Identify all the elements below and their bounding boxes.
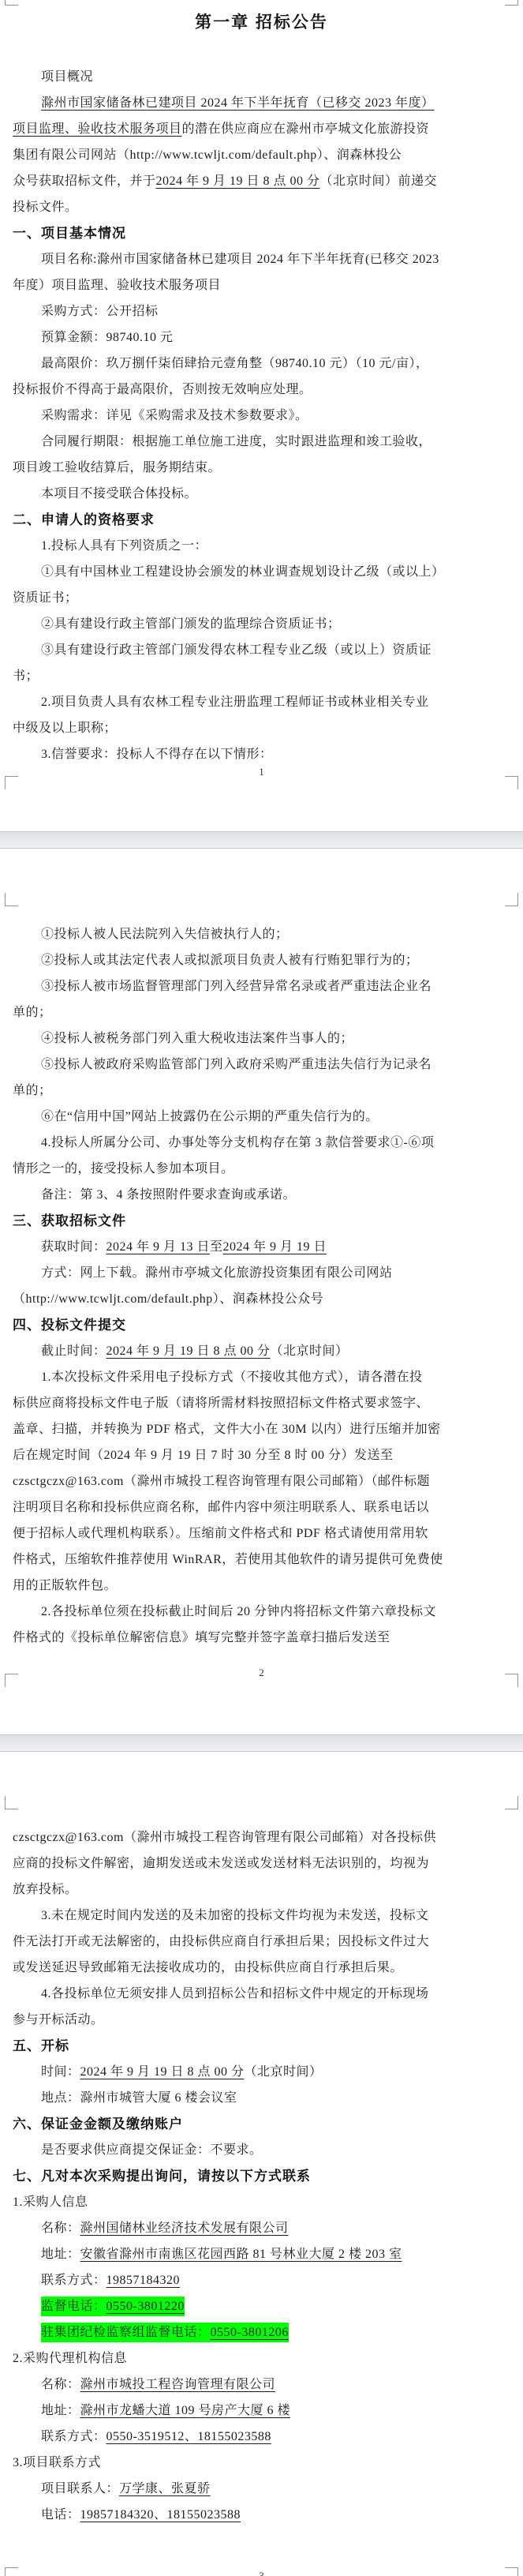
text-line: 1.本次投标文件采用电子投标方式（不接收其他方式），请各潜在投 [13, 1364, 510, 1390]
text-segment: ③具有建设行政主管部门颁发得农林工程专业乙级（或以上）资质证 [41, 643, 431, 657]
text-line: 众号获取招标文件，并于2024 年 9 月 19 日 8 点 00 分（北京时间… [13, 168, 510, 194]
text-line: 年度）项目监理、验收技术服务项目 [13, 272, 510, 298]
text-segment: 4.投标人所属分公司、办事处等分支机构存在第 3 款信誉要求①-⑥项 [41, 1136, 434, 1149]
text-segment: 单的； [13, 1006, 52, 1019]
text-segment: 2.采购代理机构信息 [13, 2352, 127, 2365]
text-segment: 至 [210, 1240, 223, 1254]
text-line: （http://www.tcwljt.com/default.php）、润森林投… [13, 1286, 510, 1312]
text-segment: 地址： [41, 2404, 80, 2417]
text-segment: 集团有限公司网站（http://www.tcwljt.com/default.p… [13, 148, 402, 162]
text-segment: ①投标人被人民法院列入失信被执行人的； [41, 928, 289, 941]
text-segment: czsctgczx@163.com（滁州市城投工程咨询管理有限公司邮箱）对各投标… [13, 1831, 436, 1844]
text-segment: 项目名称:滁州市国家储备林已建项目 2024 年下半年抚育(已移交 2023 [41, 253, 439, 266]
document-viewer: 第一章 招标公告项目概况滁州市国家储备林已建项目 2024 年下半年抚育（已移交… [0, 0, 523, 2576]
underlined-text: 滁州市国家储备林已建项目 2024 年下半年抚育（已移交 2023 年度） [41, 96, 435, 110]
text-segment: 采购需求：详见《采购需求及技术参数要求》。 [41, 409, 308, 422]
text-segment: 获取时间： [41, 1240, 106, 1254]
page: ①投标人被人民法院列入失信被执行人的；②投标人或其法定代表人或拟派项目负责人被有… [0, 849, 523, 1734]
text-segment: ②投标人或其法定代表人或拟派项目负责人被有行贿犯罪行为的； [41, 954, 419, 967]
text-line: 项目监理、验收技术服务项目的潜在供应商应在滁州市亭城文化旅游投资 [13, 116, 510, 142]
text-line: 单的； [13, 1078, 510, 1104]
text-segment: 3.信誉要求：投标人不得存在以下情形： [41, 748, 273, 761]
text-line: 件格式的《投标单位解密信息》填写完整并签字盖章扫描后发送至 [13, 1625, 510, 1651]
text-line: 件格式，压缩软件推荐使用 WinRAR，若使用其他软件的请另提供可免费使 [13, 1547, 510, 1573]
text-line: 集团有限公司网站（http://www.tcwljt.com/default.p… [13, 142, 510, 168]
text-line: 参与开标活动。 [13, 2007, 510, 2033]
text-segment: 1.本次投标文件采用电子投标方式（不接收其他方式），请各潜在投 [41, 1370, 423, 1384]
text-line: 3.未在规定时间内发送的及未加密的投标文件均视为未发送，投标文 [13, 1903, 510, 1929]
underlined-text: 滁州市龙蟠大道 109 号房产大厦 6 楼 [80, 2404, 291, 2417]
text-line: 地址：滁州市龙蟠大道 109 号房产大厦 6 楼 [13, 2398, 510, 2424]
page-content: ①投标人被人民法院列入失信被执行人的；②投标人或其法定代表人或拟派项目负责人被有… [13, 921, 510, 1651]
text-line: 截止时间：2024 年 9 月 19 日 8 点 00 分（北京时间） [13, 1338, 510, 1364]
text-segment: （北京时间） [271, 1344, 349, 1358]
text-segment: （http://www.tcwljt.com/default.php）、润森林投… [13, 1292, 323, 1306]
text-line: 合同履行期限：根据施工单位施工进度，实时跟进监理和竣工验收， [13, 429, 510, 455]
text-line: 滁州市国家储备林已建项目 2024 年下半年抚育（已移交 2023 年度） [13, 90, 510, 116]
text-line: 2.各投标单位须在投标截止时间后 20 分钟内将招标文件第六章投标文 [13, 1599, 510, 1625]
text-segment: czsctgczx@163.com（滁州市城投工程咨询管理有限公司邮箱）（邮件标… [13, 1475, 430, 1488]
text-segment: 标供应商将投标文件电子版（请将所需材料按照招标文件格式要求签字、 [13, 1397, 429, 1410]
text-line: ②投标人或其法定代表人或拟派项目负责人被有行贿犯罪行为的； [13, 947, 510, 973]
highlighted-text: 驻集团纪检监察组监督电话： [41, 2323, 211, 2342]
text-segment: 是否要求供应商提交保证金：不要求。 [41, 2143, 263, 2157]
text-line: 3.信誉要求：投标人不得存在以下情形： [13, 741, 510, 767]
text-line: 项目名称:滁州市国家储备林已建项目 2024 年下半年抚育(已移交 2023 [13, 246, 510, 272]
text-segment: 四、投标文件提交 [13, 1318, 126, 1333]
text-segment: 盖章、扫描，并转换为 PDF 格式，文件大小在 30M 以内）进行压缩并加密 [13, 1423, 441, 1436]
text-segment: 采购方式：公开招标 [41, 305, 159, 318]
section-heading: 六、保证金金额及缴纳账户 [13, 2111, 510, 2137]
text-line: 最高限价：玖万捌仟柒佰肆拾元壹角整（98740.10 元）（10 元/亩）， [13, 351, 510, 377]
text-line: 应商的投标文件解密，逾期发送或未发送或发送材料无法识别的，均视为 [13, 1850, 510, 1877]
margin-corner-mark [505, 0, 518, 6]
text-segment: 最高限价：玖万捌仟柒佰肆拾元壹角整（98740.10 元）（10 元/亩）， [41, 357, 428, 370]
text-segment: 二、申请人的资格要求 [13, 512, 155, 527]
text-line: ③投标人被市场监督管理部门列入经营异常名录或者严重违法企业名 [13, 973, 510, 999]
text-line: 中级及以上职称； [13, 715, 510, 741]
text-line: 3.项目联系方式 [13, 2450, 510, 2476]
text-segment: 五、开标 [13, 2038, 69, 2053]
text-segment: 3.未在规定时间内发送的及未加密的投标文件均视为未发送，投标文 [41, 1909, 429, 1922]
underlined-text: 项目监理、验收技术服务项目 [13, 122, 182, 136]
page-content: czsctgczx@163.com（滁州市城投工程咨询管理有限公司邮箱）对各投标… [13, 1824, 510, 2528]
text-segment: 参与开标活动。 [13, 2013, 104, 2027]
text-line: ④投标人被税务部门列入重大税收违法案件当事人的； [13, 1026, 510, 1052]
text-line: ②具有建设行政主管部门颁发的监理综合资质证书； [13, 611, 510, 637]
text-line: 1.采购人信息 [13, 2189, 510, 2215]
text-segment: 情形之一的，接受投标人参加本项目。 [13, 1162, 234, 1176]
underlined-text: 0550-3801220 [106, 2297, 185, 2316]
text-line: 获取时间：2024 年 9 月 13 日至2024 年 9 月 19 日 [13, 1234, 510, 1260]
page-number: 3 [0, 2570, 523, 2576]
text-line: 资质证书； [13, 585, 510, 611]
text-segment: 应商的投标文件解密，逾期发送或未发送或发送材料无法识别的，均视为 [13, 1857, 429, 1870]
text-line: 采购方式：公开招标 [13, 298, 510, 324]
underlined-text: 0550-3519512、18155023588 [106, 2430, 271, 2443]
text-segment: 1.采购人信息 [13, 2195, 88, 2209]
text-line: 盖章、扫描，并转换为 PDF 格式，文件大小在 30M 以内）进行压缩并加密 [13, 1416, 510, 1442]
section-heading: 五、开标 [13, 2033, 510, 2059]
text-segment: 项目联系人： [41, 2482, 119, 2495]
text-segment: 七、凡对本次采购提出询问，请按以下方式联系 [13, 2169, 311, 2184]
underlined-text: 滁州市城投工程咨询管理有限公司 [80, 2378, 276, 2391]
text-line: 注明项目名称和投标供应商名称，邮件内容中须注明联系人、联系电话以 [13, 1494, 510, 1520]
text-line: 名称：滁州市城投工程咨询管理有限公司 [13, 2372, 510, 2398]
section-heading: 四、投标文件提交 [13, 1312, 510, 1338]
text-segment: 4.各投标单位无须安排人员到招标公告和招标文件中规定的开标现场 [41, 1987, 429, 2000]
text-line: 采购需求：详见《采购需求及技术参数要求》。 [13, 403, 510, 429]
text-segment: 1.投标人具有下列资质之一： [41, 539, 207, 553]
text-segment: 的潜在供应商应在滁州市亭城文化旅游投资 [182, 122, 430, 136]
text-line: 4.投标人所属分公司、办事处等分支机构存在第 3 款信誉要求①-⑥项 [13, 1130, 510, 1156]
text-line: 名称：滁州国储林业经济技术发展有限公司 [13, 2215, 510, 2241]
text-line: 4.各投标单位无须安排人员到招标公告和招标文件中规定的开标现场 [13, 1981, 510, 2007]
text-segment: 单的； [13, 1084, 52, 1097]
text-segment: 联系方式： [41, 2274, 106, 2287]
section-heading: 三、获取招标文件 [13, 1208, 510, 1234]
text-segment: 放弃投标。 [13, 1883, 78, 1896]
text-segment: ③投标人被市场监督管理部门列入经营异常名录或者严重违法企业名 [41, 980, 431, 993]
text-line: 本项目不接受联合体投标。 [13, 481, 510, 507]
text-segment: 或发送延迟导致邮箱无法接收成功的，由投标供应商自行承担后果。 [13, 1961, 403, 1974]
text-line: ①具有中国林业工程建设协会颁发的林业调查规划设计乙级（或以上） [13, 559, 510, 585]
text-line: ③具有建设行政主管部门颁发得农林工程专业乙级（或以上）资质证 [13, 637, 510, 663]
text-segment: ⑤投标人被政府采购监管部门列入政府采购严重违法失信行为记录名 [41, 1058, 431, 1071]
margin-corner-mark [5, 893, 18, 906]
text-line: 时间：2024 年 9 月 19 日 8 点 00 分（北京时间） [13, 2059, 510, 2085]
text-segment: 名称： [41, 2378, 80, 2391]
underlined-text: 19857184320 [106, 2274, 181, 2287]
margin-corner-mark [5, 1796, 18, 1809]
text-line: 后在规定时间（2024 年 9 月 19 日 7 时 30 分至 8 时 00 … [13, 1442, 510, 1468]
text-segment: 资质证书； [13, 591, 78, 605]
text-line: 监督电话：0550-3801220 [13, 2293, 510, 2319]
text-line: 投标文件。 [13, 194, 510, 220]
text-line: czsctgczx@163.com（滁州市城投工程咨询管理有限公司邮箱）（邮件标… [13, 1468, 510, 1494]
chapter-title: 第一章 招标公告 [0, 9, 523, 33]
text-line: 书； [13, 663, 510, 689]
text-segment: 时间： [41, 2065, 80, 2079]
text-line: 电话：19857184320、18155023588 [13, 2502, 510, 2528]
text-line: 联系方式：0550-3519512、18155023588 [13, 2424, 510, 2450]
highlighted-text: 监督电话： [41, 2297, 106, 2316]
text-segment: 2.项目负责人具有农林工程专业注册监理工程师证书或林业相关专业 [41, 696, 429, 709]
margin-corner-mark [5, 0, 18, 6]
text-segment: 备注：第 3、4 条按照附件要求查询或承诺。 [41, 1188, 296, 1202]
text-segment: 联系方式： [41, 2430, 106, 2443]
text-segment: ④投标人被税务部门列入重大税收违法案件当事人的； [41, 1032, 353, 1045]
text-line: 情形之一的，接受投标人参加本项目。 [13, 1156, 510, 1182]
text-line: 方式：网上下载。滁州市亭城文化旅游投资集团有限公司网站 [13, 1260, 510, 1286]
text-line: 2.项目负责人具有农林工程专业注册监理工程师证书或林业相关专业 [13, 689, 510, 715]
underlined-text: 滁州国储林业经济技术发展有限公司 [80, 2222, 289, 2235]
page-separator [0, 831, 523, 849]
text-segment: 截止时间： [41, 1344, 106, 1358]
text-segment: 件格式的《投标单位解密信息》填写完整并签字盖章扫描后发送至 [13, 1631, 390, 1644]
text-segment: 后在规定时间（2024 年 9 月 19 日 7 时 30 分至 8 时 00 … [13, 1449, 394, 1462]
text-segment: ②具有建设行政主管部门颁发的监理综合资质证书； [41, 617, 341, 631]
underlined-text: 19857184320、18155023588 [80, 2508, 241, 2522]
page-number: 2 [0, 1667, 523, 1679]
text-segment: 合同履行期限：根据施工单位施工进度，实时跟进监理和竣工验收， [41, 435, 431, 448]
text-segment: 电话： [41, 2508, 80, 2522]
text-line: 预算金额：98740.10 元 [13, 324, 510, 351]
text-segment: 三、获取招标文件 [13, 1213, 126, 1228]
text-segment: （北京时间） [245, 2065, 323, 2079]
text-line: ⑤投标人被政府采购监管部门列入政府采购严重违法失信行为记录名 [13, 1052, 510, 1078]
underlined-text: 2024 年 9 月 19 日 8 点 00 分 [80, 2065, 245, 2079]
text-line: ⑥在“信用中国”网站上披露仍在公示期的严重失信行为的。 [13, 1104, 510, 1130]
text-segment: 3.项目联系方式 [13, 2456, 101, 2469]
page-number: 1 [0, 766, 523, 778]
underlined-text: 0550-3801206 [211, 2323, 289, 2342]
page-content: 项目概况滁州市国家储备林已建项目 2024 年下半年抚育（已移交 2023 年度… [13, 64, 510, 767]
text-line: 是否要求供应商提交保证金：不要求。 [13, 2137, 510, 2163]
text-line: 项目概况 [13, 64, 510, 90]
text-line: 投标报价不得高于最高限价，否则按无效响应处理。 [13, 377, 510, 403]
text-line: 标供应商将投标文件电子版（请将所需材料按照招标文件格式要求签字、 [13, 1390, 510, 1416]
text-line: 地址：安徽省滁州市南谯区花园西路 81 号林业大厦 2 楼 203 室 [13, 2241, 510, 2267]
text-segment: 件格式，压缩软件推荐使用 WinRAR，若使用其他软件的请另提供可免费使 [13, 1553, 443, 1566]
text-segment: ①具有中国林业工程建设协会颁发的林业调查规划设计乙级（或以上） [41, 565, 445, 579]
text-line: 用的正版软件包。 [13, 1573, 510, 1599]
text-line: 地点：滁州市城管大厦 6 楼会议室 [13, 2085, 510, 2111]
text-segment: 本项目不接受联合体投标。 [41, 487, 197, 501]
text-segment: 众号获取招标文件，并于 [13, 174, 156, 188]
text-line: 联系方式：19857184320 [13, 2267, 510, 2293]
text-segment: 2.各投标单位须在投标截止时间后 20 分钟内将招标文件第六章投标文 [41, 1605, 436, 1618]
text-segment: 年度）项目监理、验收技术服务项目 [13, 279, 221, 292]
text-line: 或发送延迟导致邮箱无法接收成功的，由投标供应商自行承担后果。 [13, 1955, 510, 1981]
text-segment: 一、项目基本情况 [13, 226, 126, 241]
text-segment: 六、保证金金额及缴纳账户 [13, 2117, 183, 2132]
text-segment: 件无法打开或无法解密的，由投标供应商自行承担后果；因投标文件过大 [13, 1935, 429, 1948]
text-line: 项目竣工验收结算后，服务期结束。 [13, 455, 510, 481]
text-line: 驻集团纪检监察组监督电话：0550-3801206 [13, 2319, 510, 2345]
text-line: 放弃投标。 [13, 1877, 510, 1903]
text-segment: 地址： [41, 2248, 80, 2261]
text-segment: 预算金额：98740.10 元 [41, 331, 174, 344]
margin-corner-mark [505, 1796, 518, 1809]
text-line: 件无法打开或无法解密的，由投标供应商自行承担后果；因投标文件过大 [13, 1929, 510, 1955]
text-segment: 地点：滁州市城管大厦 6 楼会议室 [41, 2091, 237, 2105]
page: czsctgczx@163.com（滁州市城投工程咨询管理有限公司邮箱）对各投标… [0, 1752, 523, 2576]
text-segment: 书； [13, 669, 39, 683]
text-line: 备注：第 3、4 条按照附件要求查询或承诺。 [13, 1182, 510, 1208]
section-heading: 一、项目基本情况 [13, 220, 510, 246]
text-segment: 方式：网上下载。滁州市亭城文化旅游投资集团有限公司网站 [41, 1266, 393, 1280]
underlined-text: 2024 年 9 月 13 日 [106, 1240, 211, 1254]
underlined-text: 2024 年 9 月 19 日 8 点 00 分 [106, 1344, 271, 1358]
text-segment: 中级及以上职称； [13, 722, 117, 735]
text-line: 便于招标人或代理机构联系）。压缩前文件格式和 PDF 格式请使用常用软 [13, 1520, 510, 1547]
text-segment: 投标报价不得高于最高限价，否则按无效响应处理。 [13, 383, 312, 396]
text-segment: 便于招标人或代理机构联系）。压缩前文件格式和 PDF 格式请使用常用软 [13, 1527, 428, 1540]
text-segment: 项目概况 [41, 70, 93, 84]
underlined-text: 2024 年 9 月 19 日 [223, 1240, 327, 1254]
text-segment: 项目竣工验收结算后，服务期结束。 [13, 461, 221, 474]
page-separator [0, 1734, 523, 1752]
margin-corner-mark [505, 893, 518, 906]
text-line: ①投标人被人民法院列入失信被执行人的； [13, 921, 510, 947]
page: 第一章 招标公告项目概况滁州市国家储备林已建项目 2024 年下半年抚育（已移交… [0, 0, 523, 831]
text-segment: 投标文件。 [13, 201, 78, 214]
text-line: 2.采购代理机构信息 [13, 2345, 510, 2372]
section-heading: 七、凡对本次采购提出询问，请按以下方式联系 [13, 2163, 510, 2189]
underlined-text: 2024 年 9 月 19 日 8 点 00 分 [156, 174, 320, 188]
text-line: 单的； [13, 999, 510, 1026]
text-segment: 用的正版软件包。 [13, 1579, 117, 1592]
text-segment: （北京时间）前递交 [320, 174, 438, 188]
underlined-text: 安徽省滁州市南谯区花园西路 81 号林业大厦 2 楼 203 室 [80, 2248, 402, 2261]
text-segment: 名称： [41, 2222, 80, 2235]
text-line: 项目联系人：万学康、张夏骄 [13, 2476, 510, 2502]
text-segment: 注明项目名称和投标供应商名称，邮件内容中须注明联系人、联系电话以 [13, 1501, 429, 1514]
text-line: 1.投标人具有下列资质之一： [13, 533, 510, 559]
text-line: czsctgczx@163.com（滁州市城投工程咨询管理有限公司邮箱）对各投标… [13, 1824, 510, 1850]
underlined-text: 万学康、张夏骄 [119, 2482, 211, 2495]
section-heading: 二、申请人的资格要求 [13, 507, 510, 533]
text-segment: ⑥在“信用中国”网站上披露仍在公示期的严重失信行为的。 [41, 1110, 379, 1123]
